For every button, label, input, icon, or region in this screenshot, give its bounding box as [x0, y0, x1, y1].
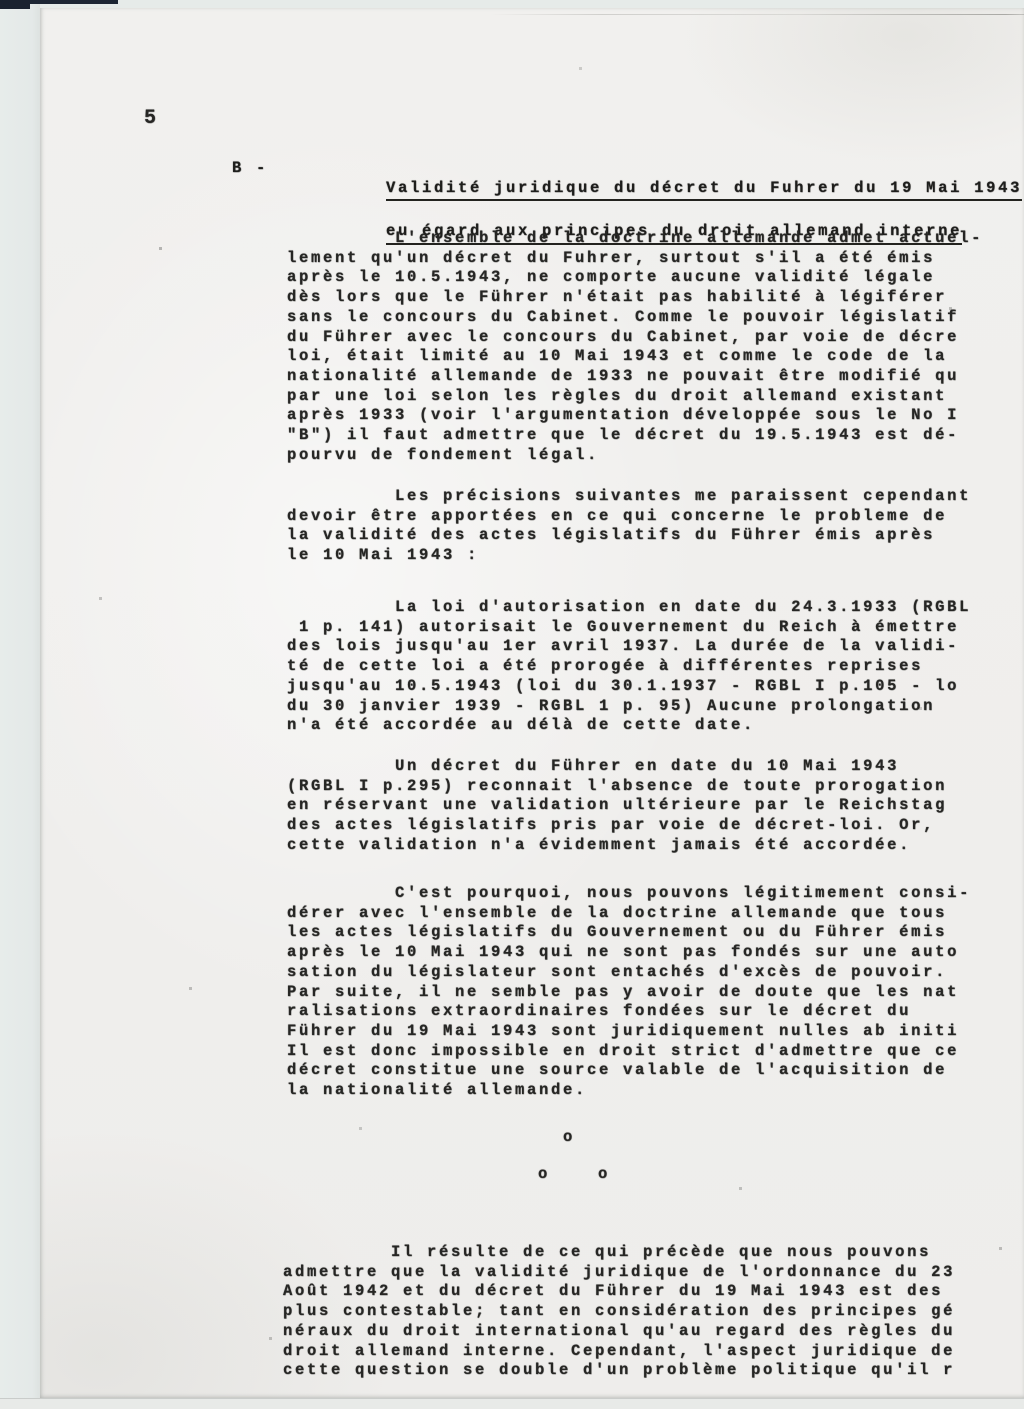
- scan-edge-mark-blob: [0, 0, 30, 9]
- paragraph-3: La loi d'autorisation en date du 24.3.19…: [287, 598, 1017, 736]
- paragraph-4: Un décret du Führer en date du 10 Mai 19…: [287, 757, 1017, 856]
- section-separator-bottom: o o: [538, 1165, 610, 1185]
- document-page: 5 B - Validité juridique du décret du Fu…: [40, 8, 1024, 1398]
- page-number: 5: [144, 109, 156, 129]
- paragraph-5: C'est pourquoi, nous pouvons légitimemen…: [287, 884, 1017, 1101]
- section-separator-top: o: [563, 1128, 575, 1148]
- section-title-line-1: Validité juridique du décret du Fuhrer d…: [386, 179, 1022, 202]
- section-label: B -: [232, 159, 268, 179]
- scanner-background-left: [0, 0, 40, 1409]
- paper-specks: [40, 8, 41, 9]
- scanner-background-bottom: [0, 1398, 1024, 1409]
- scan-artifact-line: [490, 14, 1024, 15]
- paragraph-6: Il résulte de ce qui précède que nous po…: [283, 1243, 1013, 1381]
- paragraph-1: L'ensemble de la doctrine allemande adme…: [287, 229, 1017, 465]
- scanned-document: 5 B - Validité juridique du décret du Fu…: [0, 0, 1024, 1409]
- paragraph-2: Les précisions suivantes me paraissent c…: [287, 487, 1017, 566]
